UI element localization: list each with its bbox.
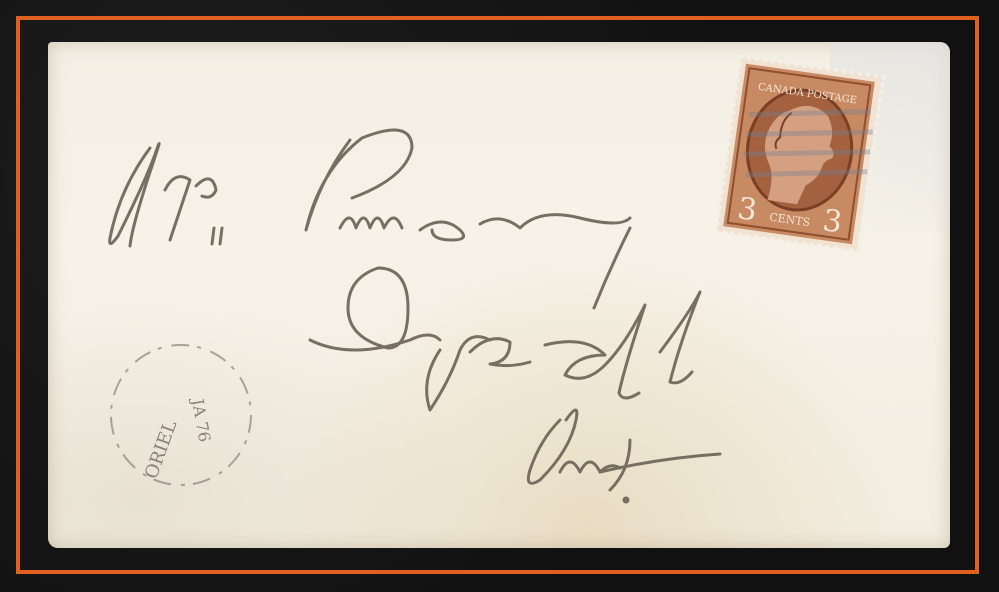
postmark: JA 76 ORIEL bbox=[96, 330, 266, 500]
stamp-graphic: CANADA POSTAGE 3 3 CENTS bbox=[712, 52, 886, 255]
postmark-date: JA 76 bbox=[188, 395, 215, 443]
postmark-town: ORIEL bbox=[141, 418, 181, 482]
postmark-circle: JA 76 ORIEL bbox=[96, 330, 266, 500]
postage-stamp: CANADA POSTAGE 3 3 CENTS bbox=[712, 52, 886, 255]
